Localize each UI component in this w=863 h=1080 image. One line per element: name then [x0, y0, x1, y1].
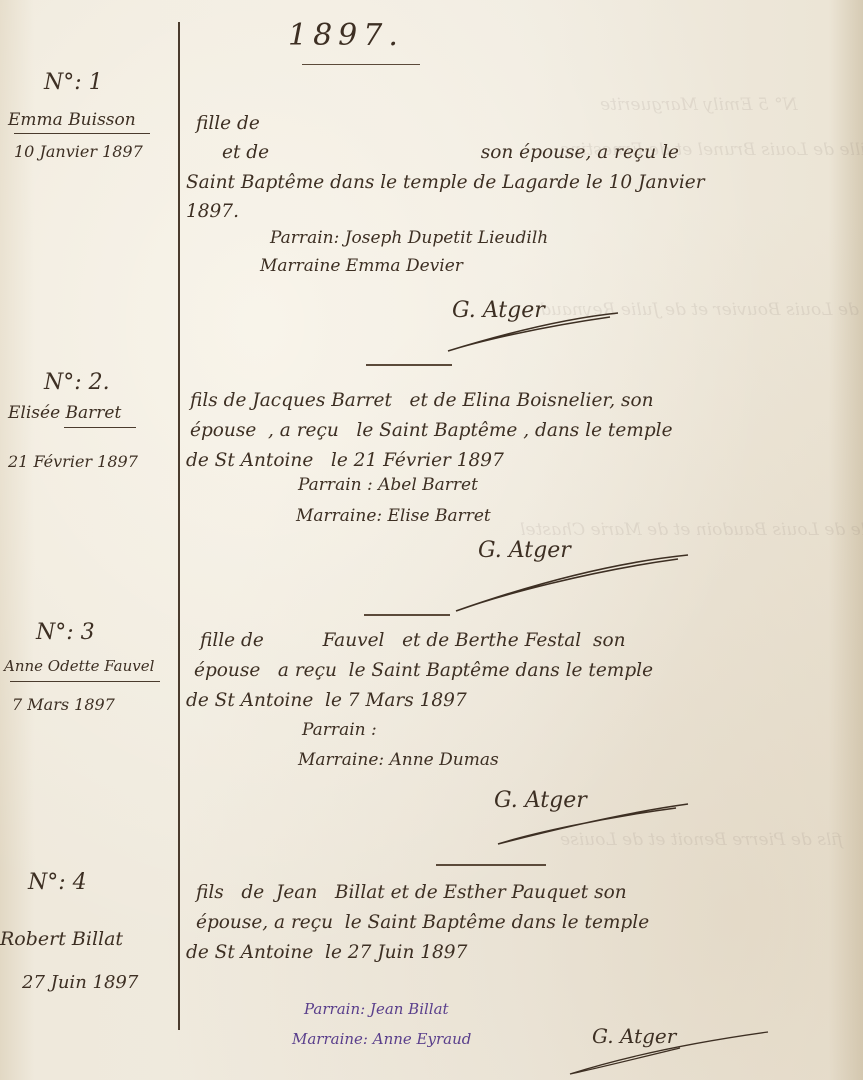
entry-separator: [364, 614, 450, 616]
entry-text-line: de St Antoine le 21 Février 1897: [186, 450, 504, 471]
godmother: Marraine: Anne Dumas: [298, 750, 499, 770]
bleed-through-text: N° 5 Emily Marguerite: [600, 95, 797, 115]
entry-text-line: 1897.: [186, 201, 239, 222]
name-underline: [64, 427, 136, 428]
margin-rule: [178, 22, 180, 1030]
entry-separator: [366, 364, 452, 366]
entry-number: N°: 2.: [44, 370, 110, 395]
entry-text-line: Saint Baptême dans le temple de Lagarde …: [186, 172, 705, 193]
name-underline: [10, 681, 160, 682]
entry-text-line: fils de Jacques Barret et de Elina Boisn…: [190, 390, 654, 411]
godmother: Marraine Emma Devier: [260, 256, 463, 276]
entry-date: 7 Mars 1897: [12, 695, 115, 714]
entry-name: Elisée Barret: [8, 403, 121, 423]
bleed-through-text: fille de Louis Baudoin et de Marie Chast…: [520, 520, 863, 540]
entry-number: N°: 3: [36, 620, 95, 645]
godfather: Parrain : Abel Barret: [298, 475, 478, 495]
register-page: N° 5 Emily Marguerite fille de Louis Bru…: [0, 0, 863, 1080]
entry-separator: [436, 864, 546, 866]
entry-date: 10 Janvier 1897: [14, 142, 143, 161]
entry-name: Robert Billat: [0, 928, 123, 950]
name-underline: [14, 133, 150, 134]
entry-text-line: fille de Fauvel et de Berthe Festal son: [200, 630, 626, 651]
entry-date: 21 Février 1897: [8, 452, 138, 471]
godfather: Parrain: Joseph Dupetit Lieudilh: [270, 228, 548, 248]
entry-name: Emma Buisson: [8, 110, 136, 130]
signature-flourish-icon: [490, 800, 690, 850]
entry-text-line: fille de: [196, 113, 260, 134]
godmother: Marraine: Elise Barret: [296, 506, 491, 526]
entry-text-line: de St Antoine le 7 Mars 1897: [186, 690, 467, 711]
signature-flourish-icon: [560, 1030, 780, 1080]
entry-name: Anne Odette Fauvel: [4, 657, 154, 675]
entry-text-line: épouse , a reçu le Saint Baptême , dans …: [190, 420, 673, 441]
signature-flourish-icon: [450, 545, 690, 615]
godfather: Parrain :: [302, 720, 377, 740]
signature-flourish-icon: [440, 305, 620, 355]
godfather: Parrain: Jean Billat: [304, 1000, 449, 1018]
entry-number: N°: 1: [44, 70, 103, 95]
entry-text-line: et de son épouse, a reçu le: [222, 142, 679, 163]
entry-text-line: épouse, a reçu le Saint Baptême dans le …: [196, 912, 649, 933]
entry-date: 27 Juin 1897: [22, 972, 138, 993]
entry-text-line: fils de Jean Billat et de Esther Pauquet…: [196, 882, 627, 903]
register-year: 1897.: [288, 18, 404, 53]
entry-text-line: de St Antoine le 27 Juin 1897: [186, 942, 467, 963]
godmother: Marraine: Anne Eyraud: [292, 1030, 471, 1048]
entry-text-line: épouse a reçu le Saint Baptême dans le t…: [194, 660, 653, 681]
year-underline: [302, 64, 420, 65]
entry-number: N°: 4: [28, 870, 87, 895]
